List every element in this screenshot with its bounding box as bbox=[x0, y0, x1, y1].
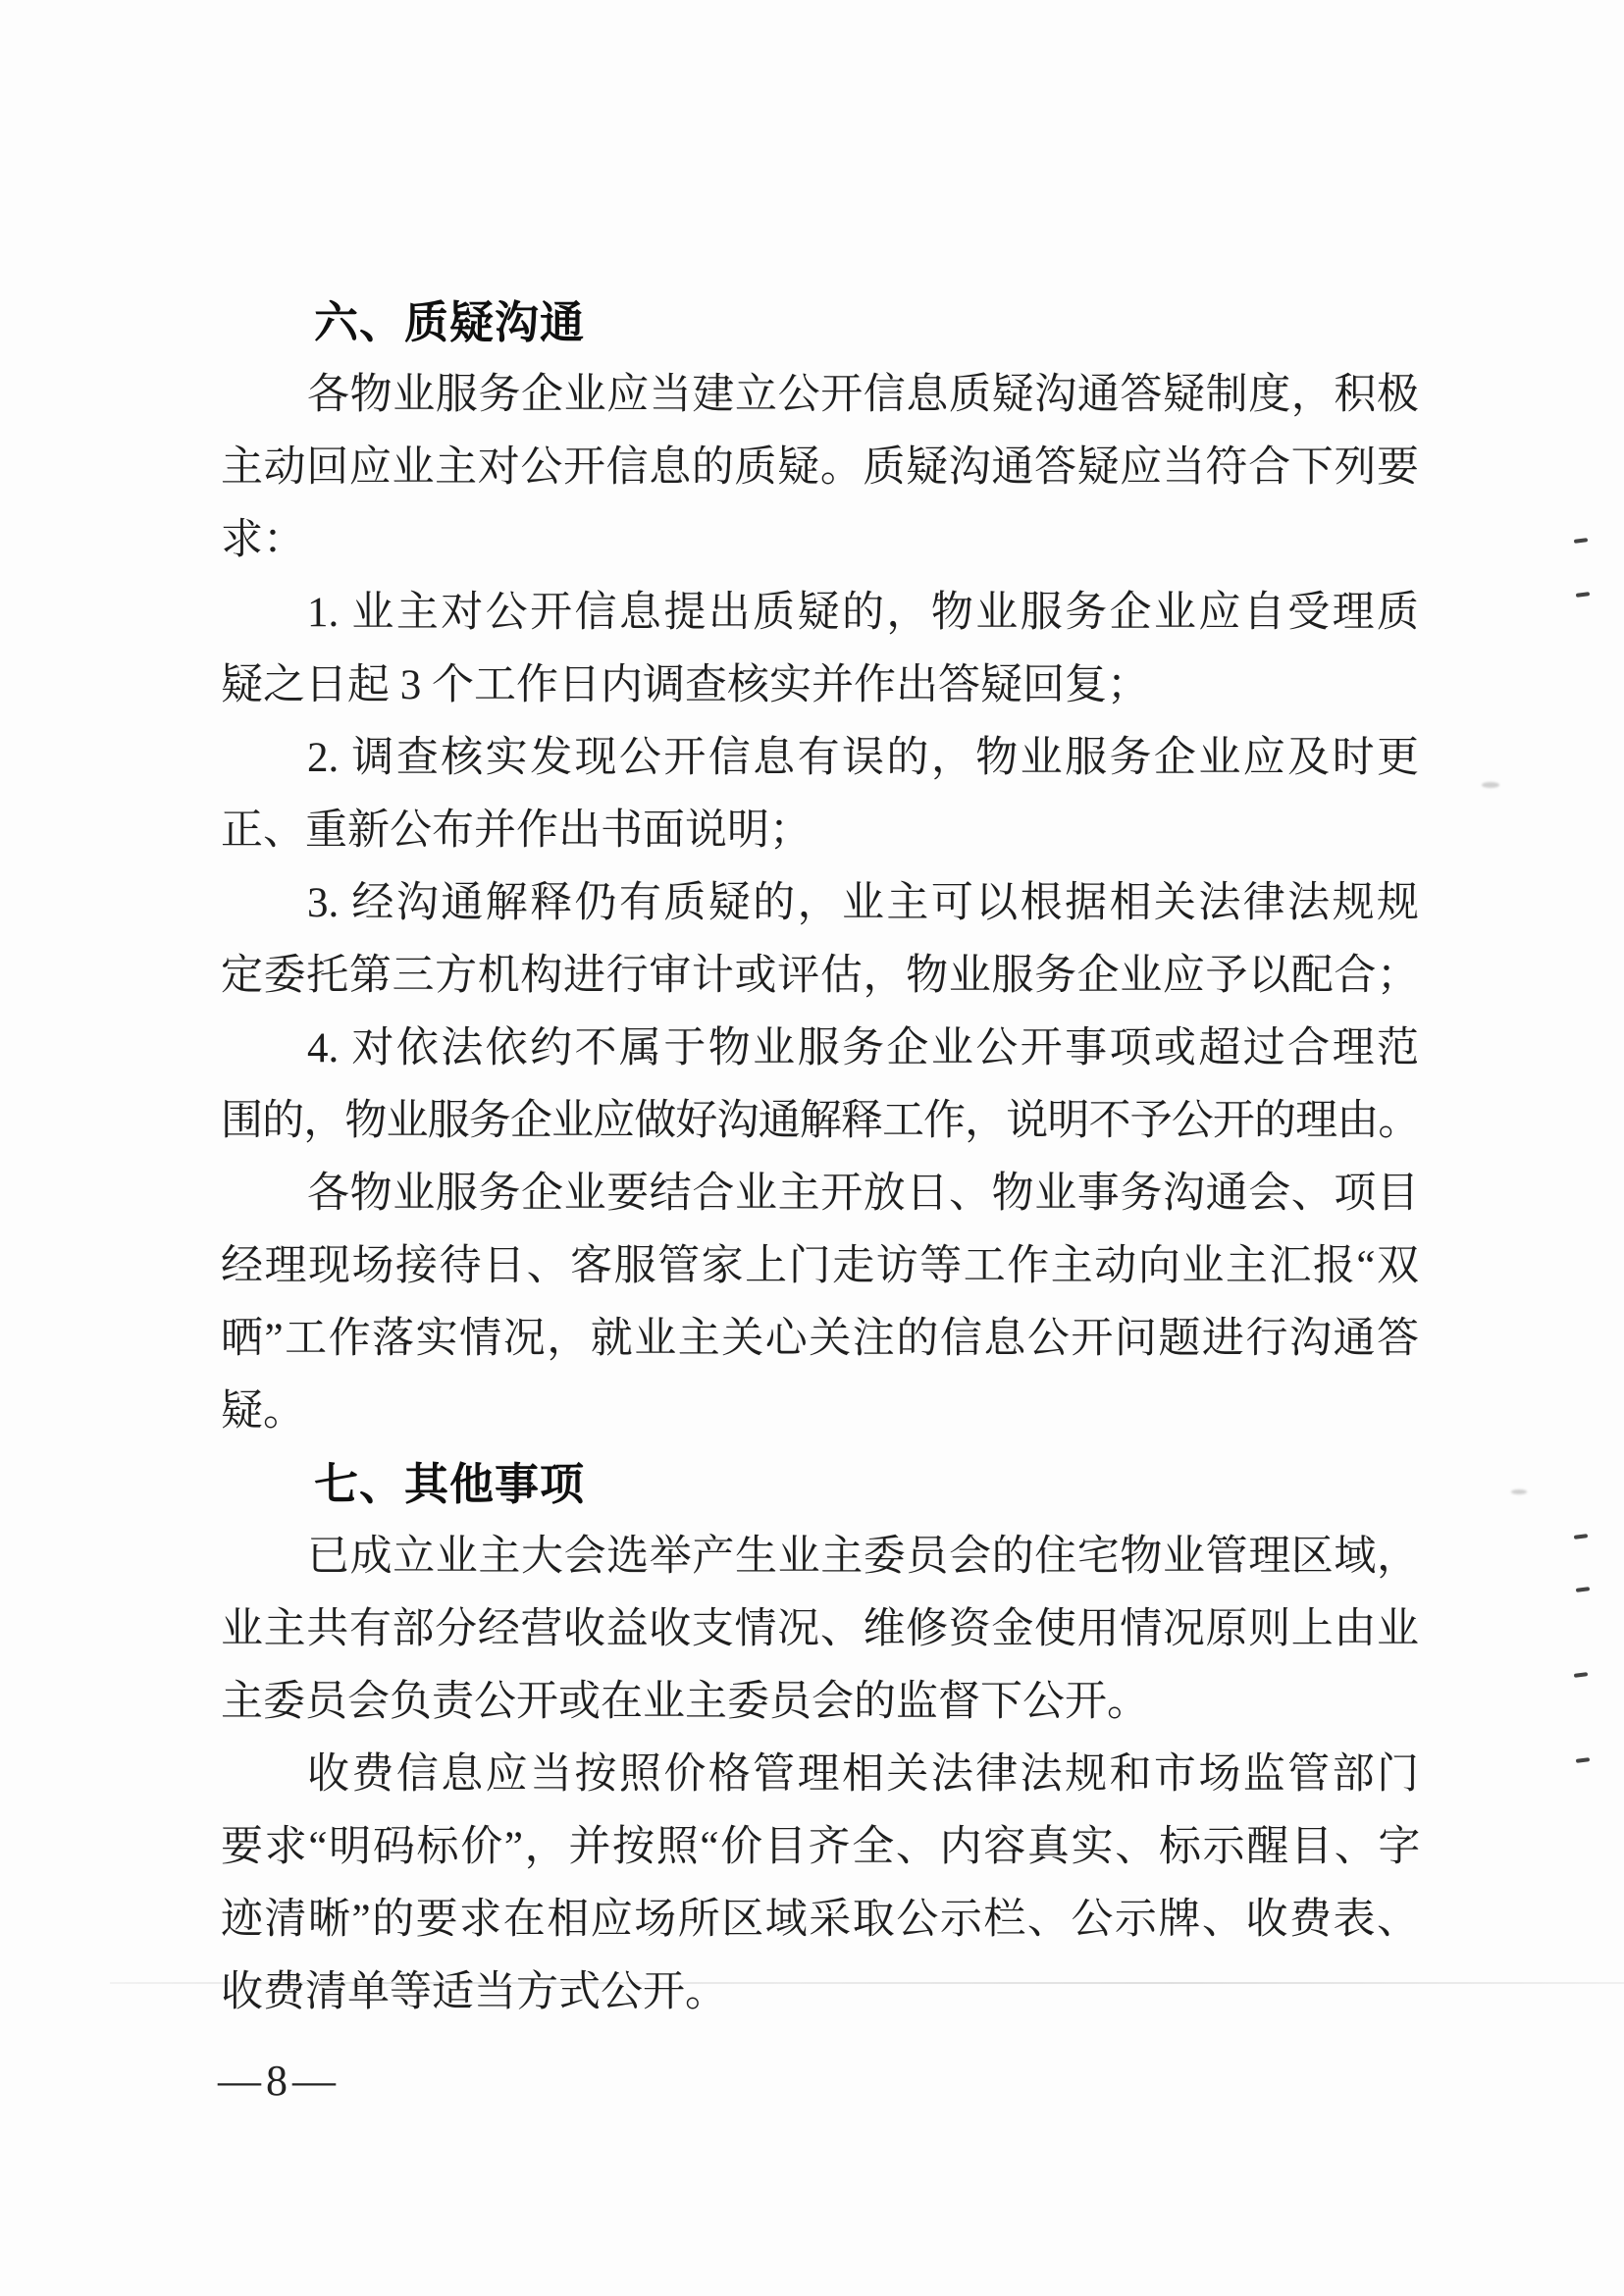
section-7-heading: 七、其他事项 bbox=[221, 1448, 1419, 1521]
scan-smudge bbox=[1511, 1489, 1527, 1494]
text-line: 各物业服务企业应当建立公开信息质疑沟通答疑制度，积极 bbox=[221, 359, 1419, 432]
text-line: 收费清单等适当方式公开。 bbox=[221, 1957, 1419, 2029]
scanned-document-page: 六、质疑沟通 各物业服务企业应当建立公开信息质疑沟通答疑制度，积极 主动回应业主… bbox=[0, 0, 1624, 2296]
page-number: — 8 — bbox=[218, 2057, 333, 2106]
list-item-1-line: 1. 业主对公开信息提出质疑的，物业服务企业应自受理质 bbox=[221, 577, 1419, 650]
scan-ink-mark bbox=[1574, 1534, 1588, 1539]
scan-smudge bbox=[1482, 782, 1499, 788]
list-item-4-line: 4. 对依法依约不属于物业服务企业公开事项或超过合理范 bbox=[221, 1013, 1419, 1085]
text-line: 主委员会负责公开或在业主委员会的监督下公开。 bbox=[221, 1666, 1419, 1739]
text-line: 已成立业主大会选举产生业主委员会的住宅物业管理区域， bbox=[221, 1521, 1419, 1593]
scan-ink-mark bbox=[1576, 1757, 1590, 1763]
text-line: 主动回应业主对公开信息的质疑。质疑沟通答疑应当符合下列要 bbox=[221, 432, 1419, 504]
text-line: 各物业服务企业要结合业主开放日、物业事务沟通会、项目 bbox=[221, 1158, 1419, 1230]
scan-ink-mark bbox=[1576, 592, 1590, 598]
text-line: 求： bbox=[221, 504, 1419, 577]
text-line: 收费信息应当按照价格管理相关法律法规和市场监管部门 bbox=[221, 1739, 1419, 1811]
section-6-heading: 六、质疑沟通 bbox=[221, 287, 1419, 359]
list-item-4-line: 围的，物业服务企业应做好沟通解释工作，说明不予公开的理由。 bbox=[221, 1085, 1419, 1158]
text-line: 要求“明码标价”，并按照“价目齐全、内容真实、标示醒目、字 bbox=[221, 1811, 1419, 1884]
list-item-2-line: 正、重新公布并作出书面说明； bbox=[221, 795, 1419, 867]
list-item-1-line: 疑之日起 3 个工作日内调查核实并作出答疑回复； bbox=[221, 650, 1419, 722]
list-item-2-line: 2. 调查核实发现公开信息有误的，物业服务企业应及时更 bbox=[221, 722, 1419, 795]
text-line: 疑。 bbox=[221, 1376, 1419, 1448]
scan-ink-mark bbox=[1576, 1587, 1590, 1592]
text-line: 业主共有部分经营收益收支情况、维修资金使用情况原则上由业 bbox=[221, 1593, 1419, 1666]
text-line: 迹清晰”的要求在相应场所区域采取公示栏、公示牌、收费表、 bbox=[221, 1884, 1419, 1957]
text-column: 六、质疑沟通 各物业服务企业应当建立公开信息质疑沟通答疑制度，积极 主动回应业主… bbox=[221, 287, 1419, 2029]
text-line: 经理现场接待日、客服管家上门走访等工作主动向业主汇报“双 bbox=[221, 1230, 1419, 1303]
scan-ink-mark bbox=[1574, 1672, 1588, 1678]
scan-ink-mark bbox=[1574, 538, 1588, 544]
list-item-3-line: 定委托第三方机构进行审计或评估，物业服务企业应予以配合； bbox=[221, 940, 1419, 1013]
text-line: 晒”工作落实情况，就业主关心关注的信息公开问题进行沟通答 bbox=[221, 1303, 1419, 1376]
list-item-3-line: 3. 经沟通解释仍有质疑的，业主可以根据相关法律法规规 bbox=[221, 867, 1419, 940]
